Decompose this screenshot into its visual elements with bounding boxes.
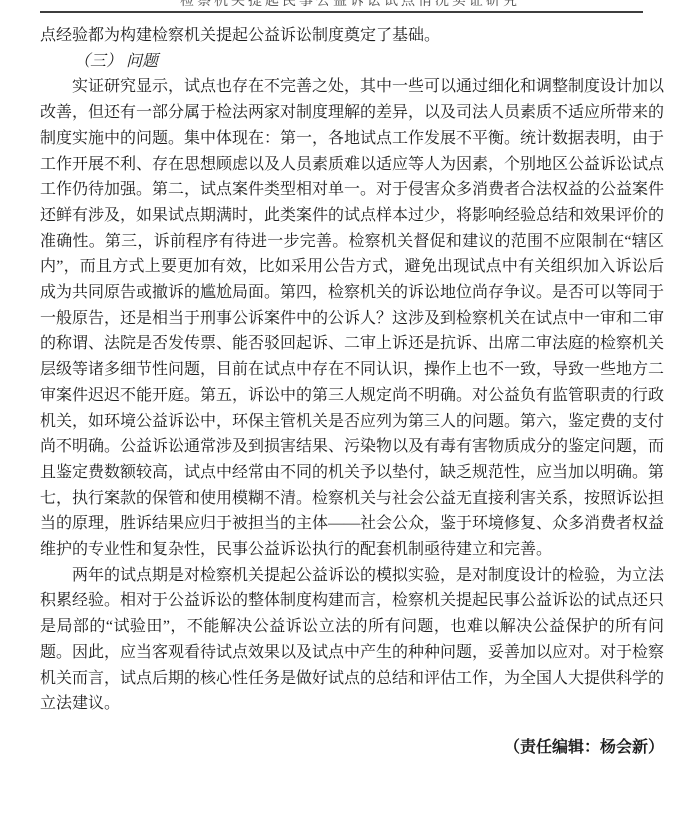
article-body: 点经验都为构建检察机关提起公益诉讼制度奠定了基础。 （三） 问题 实证研究显示，… <box>40 23 664 761</box>
editor-note: （责任编辑：杨会新） <box>40 735 664 761</box>
running-header-clip: 检察机关提起民事公益诉讼试点情况实证研究 <box>0 0 700 7</box>
paragraph-problems: 实证研究显示，试点也存在不完善之处，其中一些可以通过细化和调整制度设计加以改善，… <box>40 74 664 562</box>
running-header: 检察机关提起民事公益诉讼试点情况实证研究 <box>0 0 700 7</box>
paragraph-intro-continuation: 点经验都为构建检察机关提起公益诉讼制度奠定了基础。 <box>40 23 664 49</box>
document-page: 检察机关提起民事公益诉讼试点情况实证研究 点经验都为构建检察机关提起公益诉讼制度… <box>0 0 700 819</box>
paragraph-conclusion: 两年的试点期是对检察机关提起公益诉讼的模拟实验，是对制度设计的检验，为立法积累经… <box>40 563 664 717</box>
header-divider <box>40 11 643 13</box>
section-heading: （三） 问题 <box>40 49 664 75</box>
